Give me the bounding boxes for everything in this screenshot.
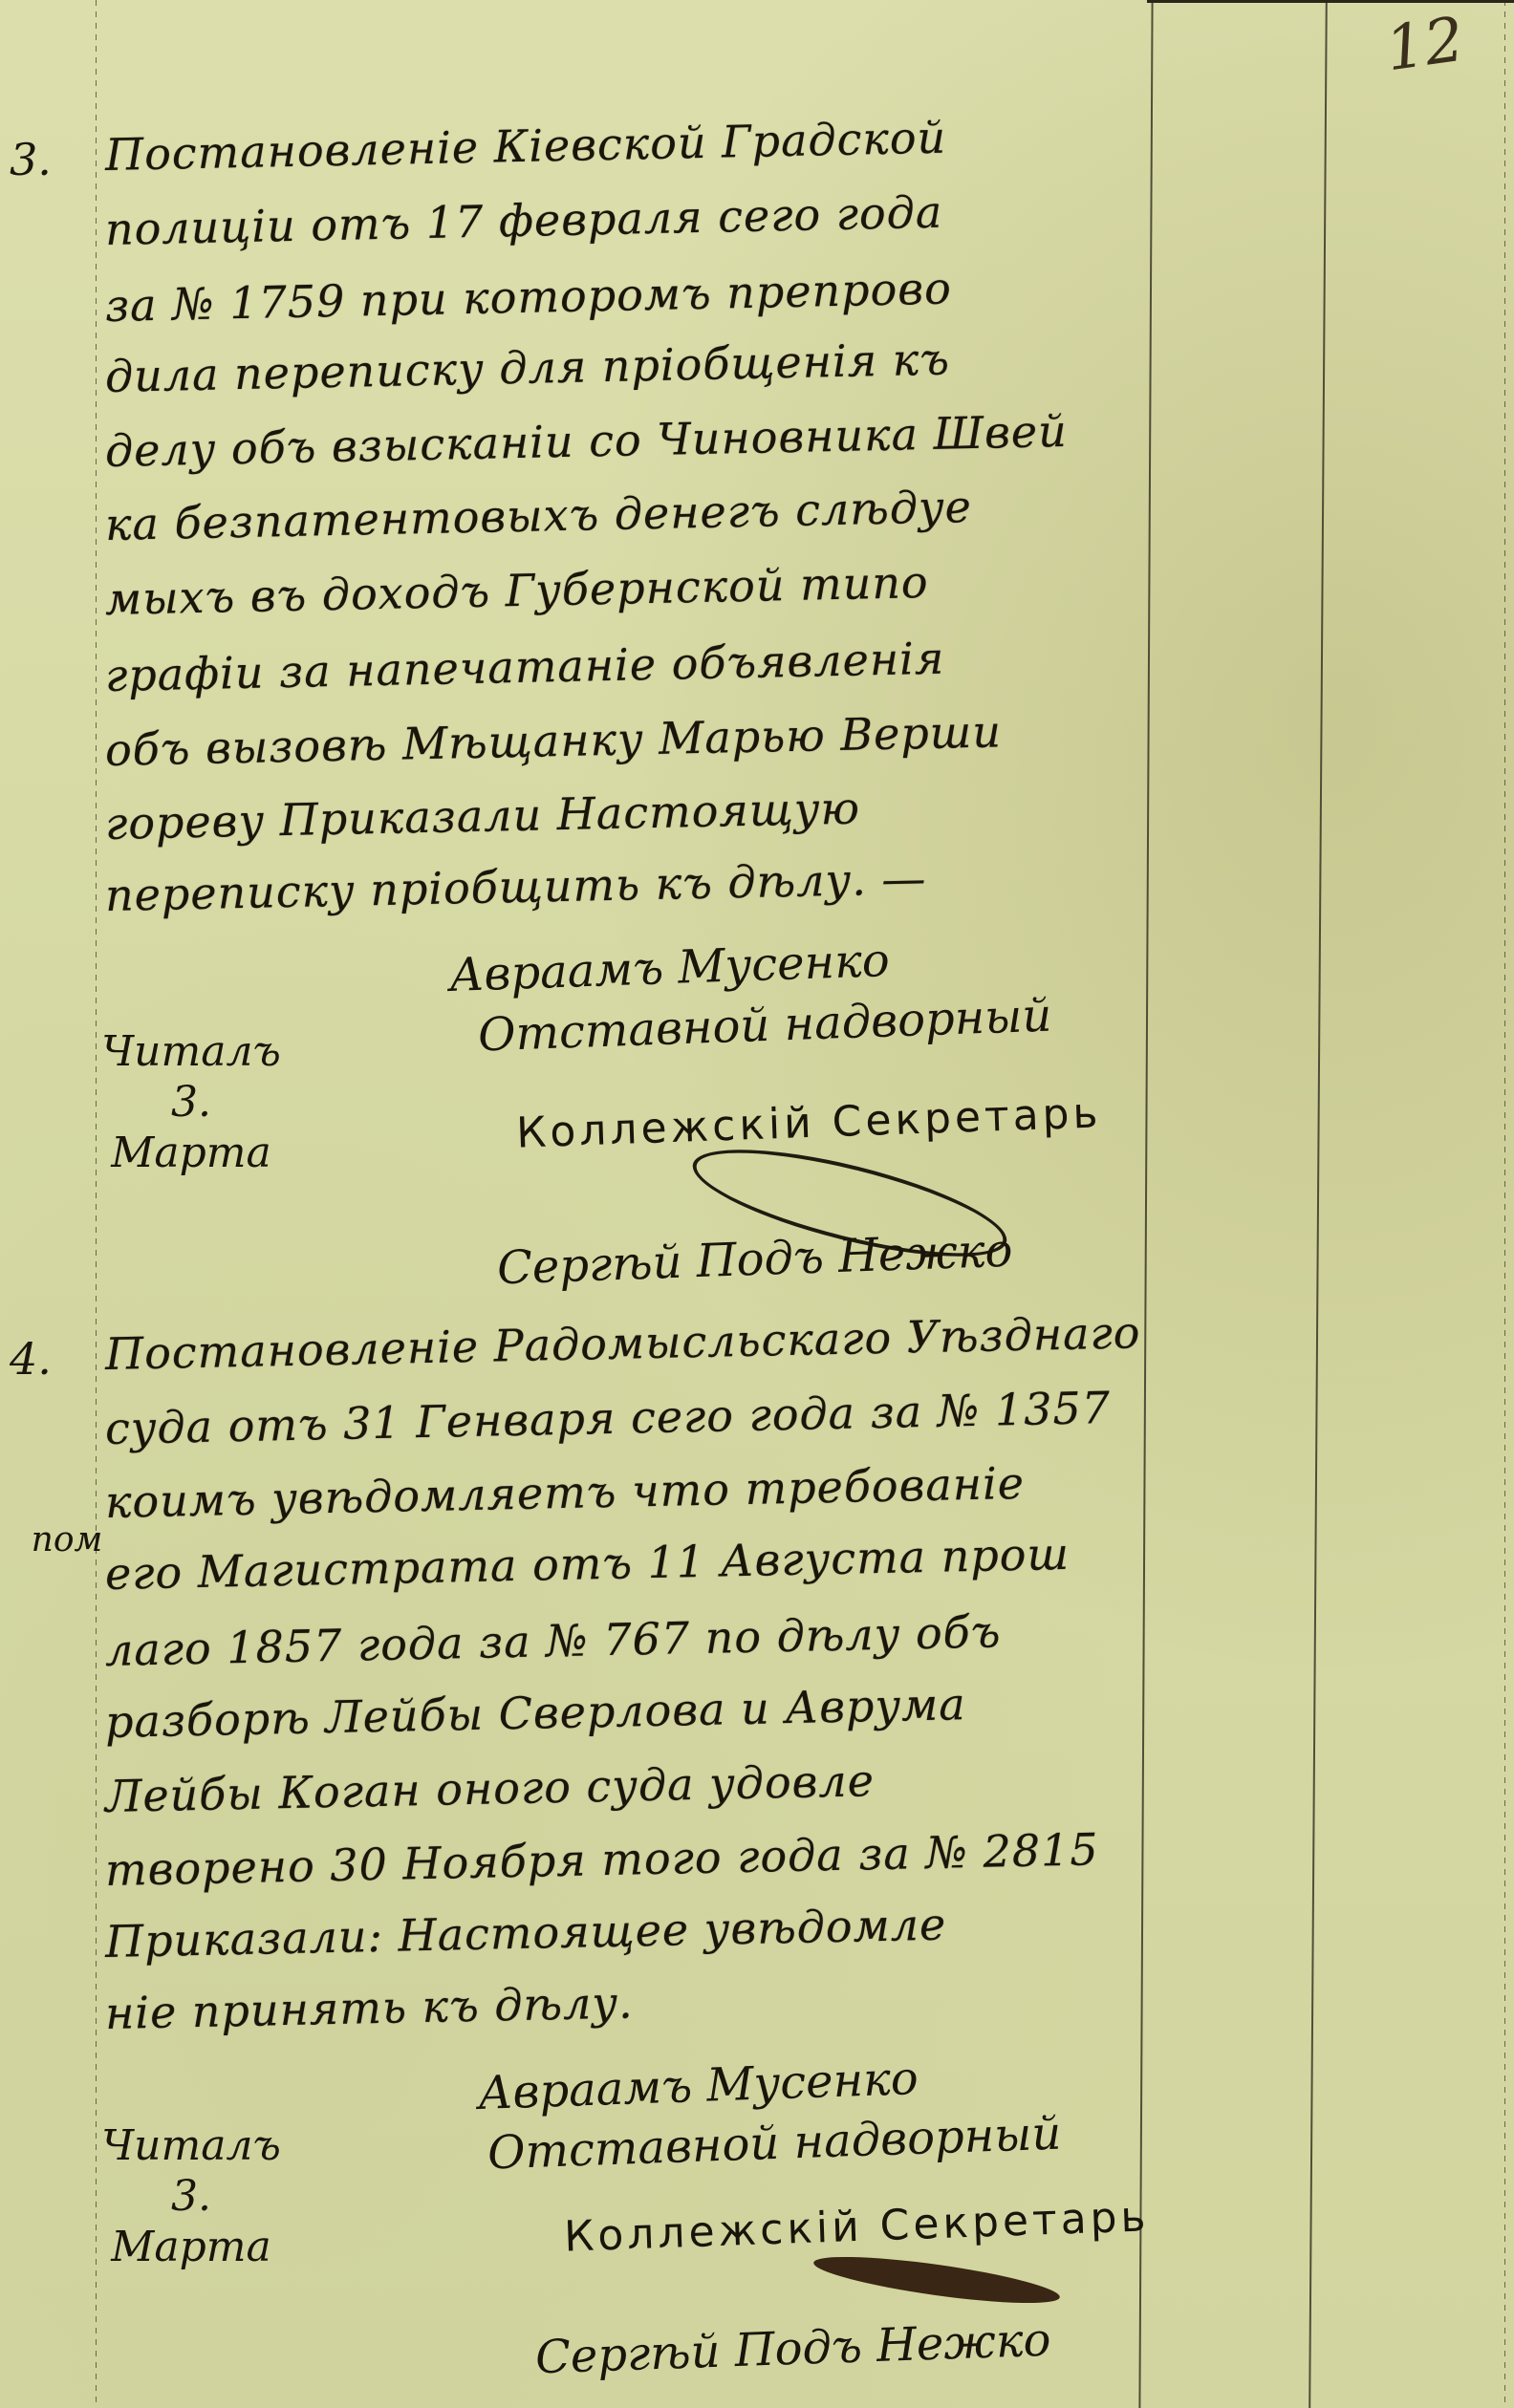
- entry-number: 4.: [10, 1333, 52, 1385]
- margin-annotation: пом: [29, 1519, 105, 1560]
- read-note-word: Читалъ: [86, 2121, 296, 2172]
- right-edge-rule: [1504, 0, 1505, 2408]
- read-note-word: Читалъ: [86, 1027, 296, 1078]
- read-note-month: Марта: [86, 2223, 296, 2273]
- read-note-day: 3.: [86, 1078, 296, 1129]
- read-date-note: Читалъ 3. Марта: [86, 2121, 296, 2272]
- read-note-month: Марта: [86, 1129, 296, 1179]
- top-border-rule: [1147, 0, 1514, 3]
- page-number: 12: [1381, 5, 1468, 86]
- read-date-note: Читалъ 3. Марта: [86, 1027, 296, 1178]
- left-margin-rule: [96, 0, 97, 2408]
- read-note-day: 3.: [86, 2172, 296, 2223]
- entry-number: 3.: [10, 134, 52, 185]
